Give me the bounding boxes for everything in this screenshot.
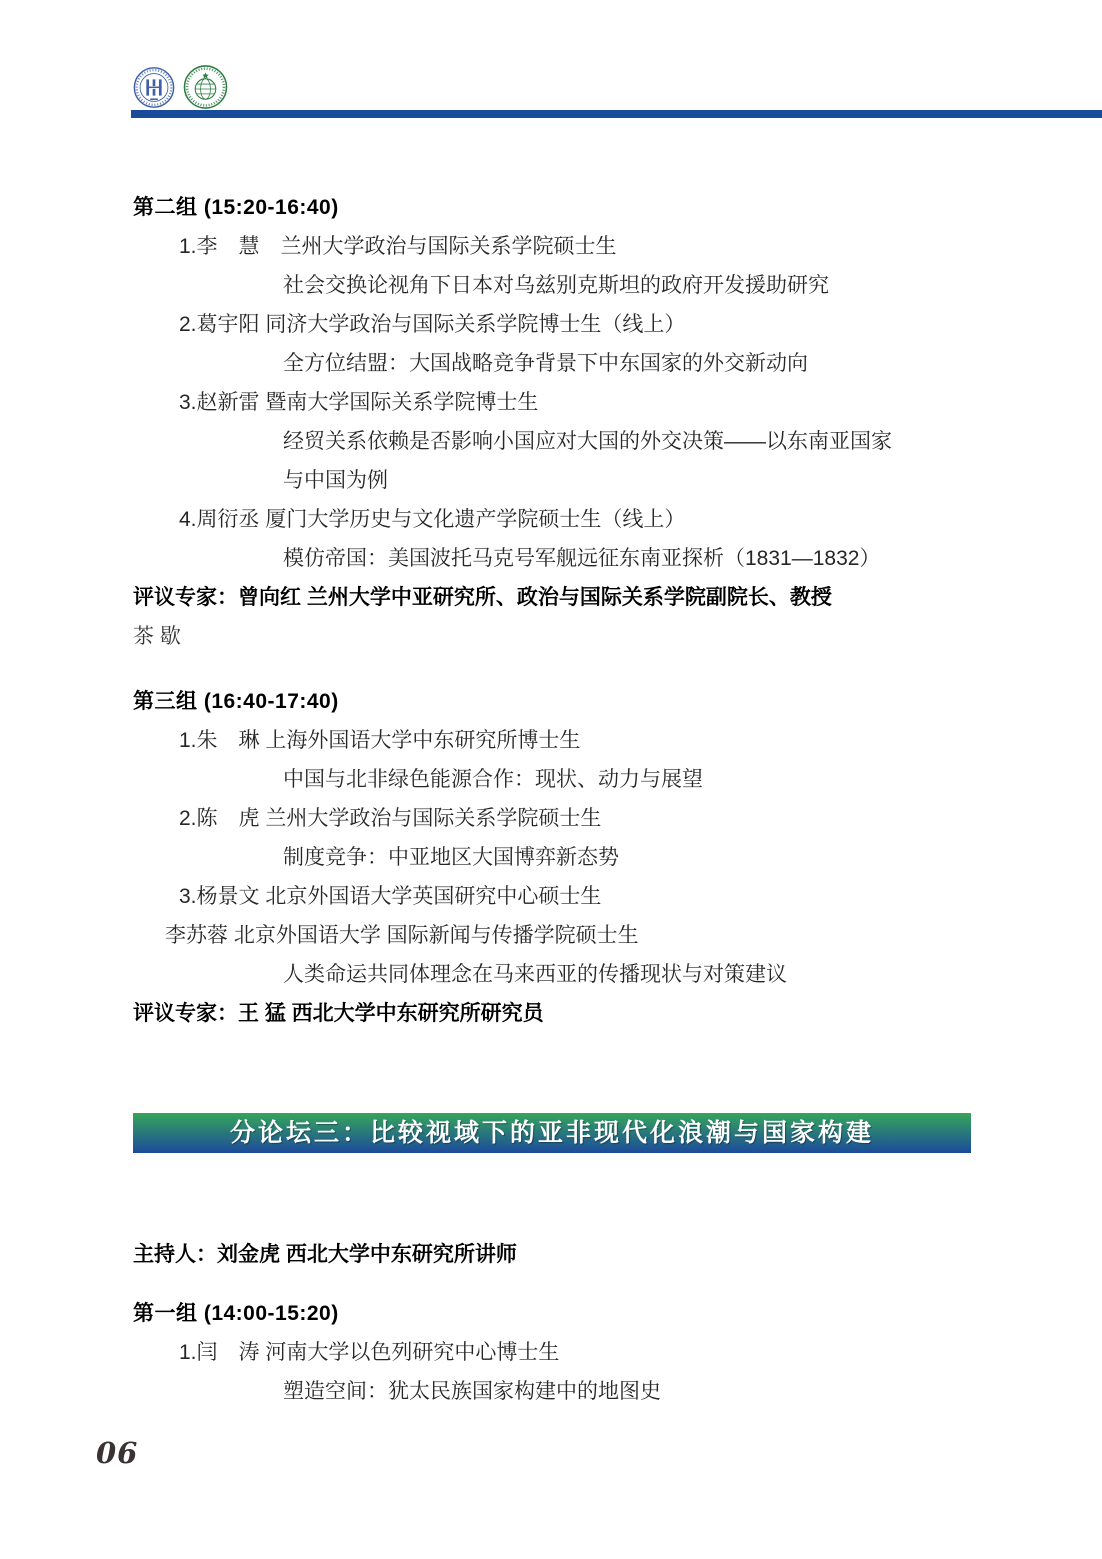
header-divider-bar [131, 110, 1102, 118]
program-title: 社会交换论视角下日本对乌兹别克斯坦的政府开发援助研究 [133, 266, 993, 305]
program-title: 经贸关系依赖是否影响小国应对大国的外交决策——以东南亚国家 [133, 422, 993, 461]
program-entry: 4.周衍丞 厦门大学历史与文化遗产学院硕士生（线上） [133, 500, 993, 539]
commentator-line: 评议专家：王 猛 西北大学中东研究所研究员 [133, 994, 993, 1033]
forum-banner-title: 分论坛三：比较视域下的亚非现代化浪潮与国家构建 [230, 1114, 874, 1153]
program-entry: 1.朱 琳 上海外国语大学中东研究所博士生 [133, 721, 993, 760]
program-title: 全方位结盟：大国战略竞争背景下中东国家的外交新动向 [133, 344, 993, 383]
session-block: 第一组 (14:00-15:20)1.闫 涛 河南大学以色列研究中心博士生塑造空… [133, 1294, 993, 1411]
program-entry: 1.闫 涛 河南大学以色列研究中心博士生 [133, 1333, 993, 1372]
program-entry: 2.陈 虎 兰州大学政治与国际关系学院硕士生 [133, 799, 993, 838]
program-title: 人类命运共同体理念在马来西亚的传播现状与对策建议 [133, 955, 993, 994]
session-heading: 第二组 (15:20-16:40) [133, 188, 993, 227]
break-note: 茶 歇 [133, 617, 993, 656]
sessions-after-banner: 第一组 (14:00-15:20)1.闫 涛 河南大学以色列研究中心博士生塑造空… [133, 1294, 993, 1411]
commentator-line: 评议专家：曾向红 兰州大学中亚研究所、政治与国际关系学院副院长、教授 [133, 578, 993, 617]
program-coauthor: 李苏蓉 北京外国语大学 国际新闻与传播学院硕士生 [133, 916, 993, 955]
host-line: 主持人：刘金虎 西北大学中东研究所讲师 [133, 1235, 993, 1274]
program-content: 第二组 (15:20-16:40)1.李 慧 兰州大学政治与国际关系学院硕士生社… [133, 188, 993, 1411]
program-entry: 3.杨景文 北京外国语大学英国研究中心硕士生 [133, 877, 993, 916]
session-block: 第二组 (15:20-16:40)1.李 慧 兰州大学政治与国际关系学院硕士生社… [133, 188, 993, 656]
program-title-cont: 与中国为例 [133, 461, 993, 500]
session-block: 第三组 (16:40-17:40)1.朱 琳 上海外国语大学中东研究所博士生中国… [133, 682, 993, 1033]
green-institute-seal-icon [183, 64, 228, 110]
forum-banner: 分论坛三：比较视域下的亚非现代化浪潮与国家构建 [133, 1113, 971, 1153]
document-page: 第二组 (15:20-16:40)1.李 慧 兰州大学政治与国际关系学院硕士生社… [0, 0, 1102, 1559]
program-title: 中国与北非绿色能源合作：现状、动力与展望 [133, 760, 993, 799]
program-entry: 2.葛宇阳 同济大学政治与国际关系学院博士生（线上） [133, 305, 993, 344]
program-entry: 1.李 慧 兰州大学政治与国际关系学院硕士生 [133, 227, 993, 266]
session-heading: 第一组 (14:00-15:20) [133, 1294, 993, 1333]
blue-university-seal-icon [133, 66, 175, 109]
page-number: 06 [96, 1436, 138, 1470]
session-heading: 第三组 (16:40-17:40) [133, 682, 993, 721]
program-title: 制度竞争：中亚地区大国博弈新态势 [133, 838, 993, 877]
program-entry: 3.赵新雷 暨南大学国际关系学院博士生 [133, 383, 993, 422]
sessions-before-banner: 第二组 (15:20-16:40)1.李 慧 兰州大学政治与国际关系学院硕士生社… [133, 188, 993, 1033]
program-title: 塑造空间：犹太民族国家构建中的地图史 [133, 1372, 993, 1411]
program-title: 模仿帝国：美国波托马克号军舰远征东南亚探析（1831—1832） [133, 539, 993, 578]
